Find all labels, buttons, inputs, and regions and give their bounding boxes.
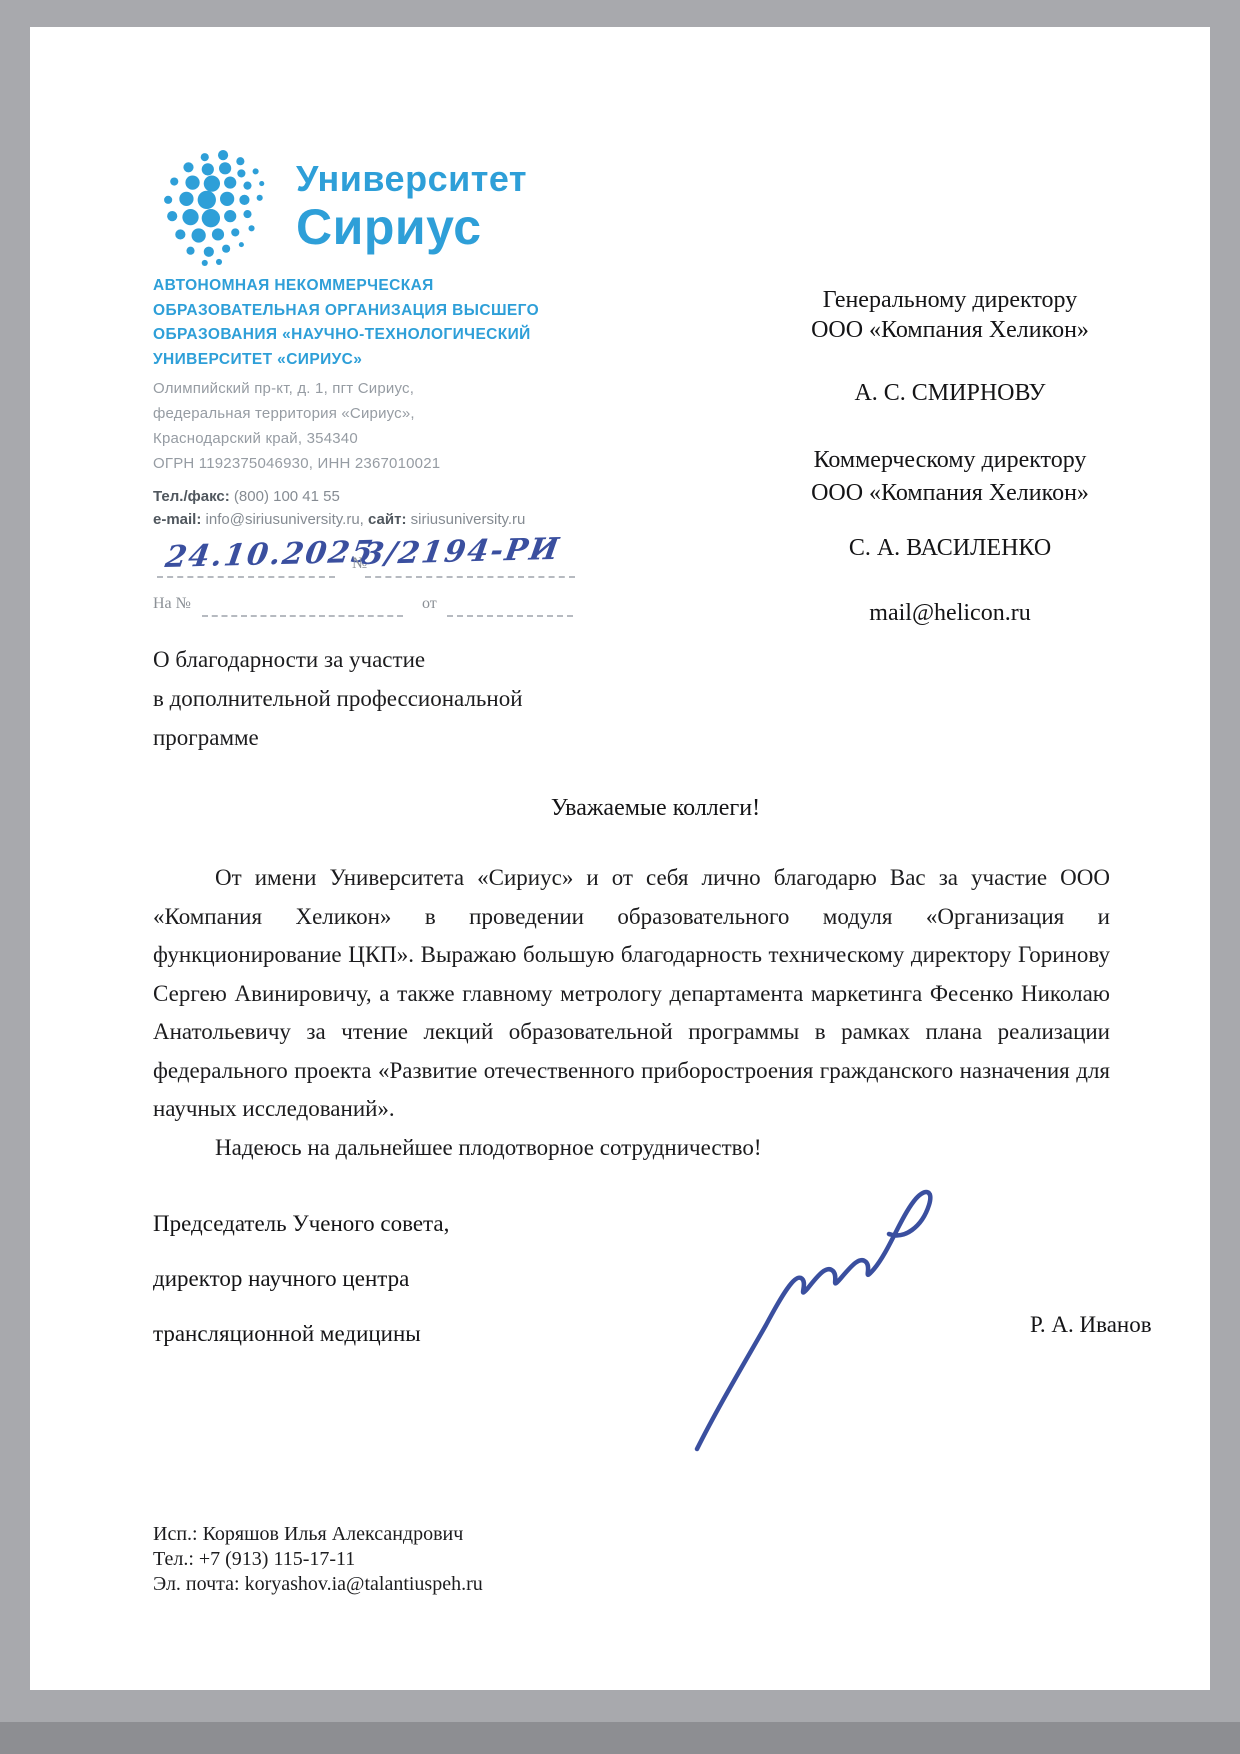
subject-line: О благодарности за участие bbox=[153, 640, 523, 679]
letter-page: Университет Сириус АВТОНОМНАЯ НЕКОММЕРЧЕ… bbox=[30, 27, 1210, 1690]
sirius-logo-icon bbox=[160, 149, 278, 267]
logo-word-university: Университет bbox=[296, 161, 527, 197]
phone-value: (800) 100 41 55 bbox=[230, 488, 340, 505]
reply-number-label: На № bbox=[153, 595, 191, 613]
signer-title-line: трансляционной медицины bbox=[153, 1306, 449, 1361]
org-name-line: АВТОНОМНАЯ НЕКОММЕРЧЕСКАЯ bbox=[153, 274, 539, 299]
site-value: siriusuniversity.ru bbox=[406, 511, 525, 528]
logo-wordmark: Университет Сириус bbox=[296, 161, 527, 252]
email-site-line: e-mail: info@siriusuniversity.ru, сайт: … bbox=[153, 511, 525, 528]
signer-title: Председатель Ученого совета, директор на… bbox=[153, 1196, 449, 1361]
letter-subject: О благодарности за участие в дополнитель… bbox=[153, 640, 523, 757]
signer-title-line: Председатель Ученого совета, bbox=[153, 1196, 449, 1251]
executor-email: Эл. почта: koryashov.ia@talantiuspeh.ru bbox=[153, 1572, 483, 1597]
letter-body: От имени Университета «Сириус» и от себя… bbox=[153, 859, 1110, 1167]
org-name-line: ОБРАЗОВАНИЯ «НАУЧНО-ТЕХНОЛОГИЧЕСКИЙ bbox=[153, 323, 539, 348]
recipient-title: Генеральному директору bbox=[720, 285, 1180, 315]
reply-number-underline bbox=[202, 615, 403, 617]
body-paragraph: Надеюсь на дальнейшее плодотворное сотру… bbox=[153, 1129, 1110, 1168]
address-line: федеральная территория «Сириус», bbox=[153, 401, 440, 426]
recipient-email: mail@helicon.ru bbox=[720, 598, 1180, 628]
recipient-name: С. А. ВАСИЛЕНКО bbox=[720, 533, 1180, 563]
handwritten-outgoing-number: 3/2194-РИ bbox=[360, 532, 563, 572]
executor-block: Исп.: Коряшов Илья Александрович Тел.: +… bbox=[153, 1522, 483, 1597]
signer-title-line: директор научного центра bbox=[153, 1251, 449, 1306]
recipient-name: А. С. СМИРНОВУ bbox=[720, 378, 1180, 408]
site-label: сайт: bbox=[368, 511, 406, 528]
executor-name: Исп.: Коряшов Илья Александрович bbox=[153, 1522, 483, 1547]
subject-line: в дополнительной профессиональной bbox=[153, 679, 523, 718]
phone-line: Тел./факс: (800) 100 41 55 bbox=[153, 488, 340, 505]
signature-autograph bbox=[642, 1177, 972, 1467]
handwritten-date: 24.10.2025 bbox=[163, 535, 377, 575]
email-value: info@siriusuniversity.ru, bbox=[201, 511, 368, 528]
salutation: Уважаемые коллеги! bbox=[153, 795, 1110, 822]
reply-from-label: от bbox=[422, 595, 437, 613]
body-paragraph: От имени Университета «Сириус» и от себя… bbox=[153, 859, 1110, 1129]
scan-edge-strip bbox=[0, 1722, 1240, 1754]
org-name-line: УНИВЕРСИТЕТ «СИРИУС» bbox=[153, 348, 539, 373]
recipient-title: Коммерческому директору bbox=[720, 445, 1180, 475]
phone-label: Тел./факс: bbox=[153, 488, 230, 505]
reply-date-underline bbox=[447, 615, 573, 617]
email-label: e-mail: bbox=[153, 511, 201, 528]
date-underline bbox=[157, 576, 335, 578]
number-underline bbox=[365, 576, 575, 578]
organization-address: Олимпийский пр-кт, д. 1, пгт Сириус, фед… bbox=[153, 376, 440, 476]
address-line: ОГРН 1192375046930, ИНН 2367010021 bbox=[153, 451, 440, 476]
address-line: Олимпийский пр-кт, д. 1, пгт Сириус, bbox=[153, 376, 440, 401]
address-line: Краснодарский край, 354340 bbox=[153, 426, 440, 451]
signer-name: Р. А. Иванов bbox=[1030, 1312, 1152, 1338]
org-name-line: ОБРАЗОВАТЕЛЬНАЯ ОРГАНИЗАЦИЯ ВЫСШЕГО bbox=[153, 299, 539, 324]
organization-name: АВТОНОМНАЯ НЕКОММЕРЧЕСКАЯ ОБРАЗОВАТЕЛЬНА… bbox=[153, 274, 539, 372]
executor-phone: Тел.: +7 (913) 115-17-11 bbox=[153, 1547, 483, 1572]
logo-word-sirius: Сириус bbox=[296, 202, 527, 252]
recipient-company: ООО «Компания Хеликон» bbox=[720, 315, 1180, 345]
recipient-company: ООО «Компания Хеликон» bbox=[720, 478, 1180, 508]
subject-line: программе bbox=[153, 718, 523, 757]
